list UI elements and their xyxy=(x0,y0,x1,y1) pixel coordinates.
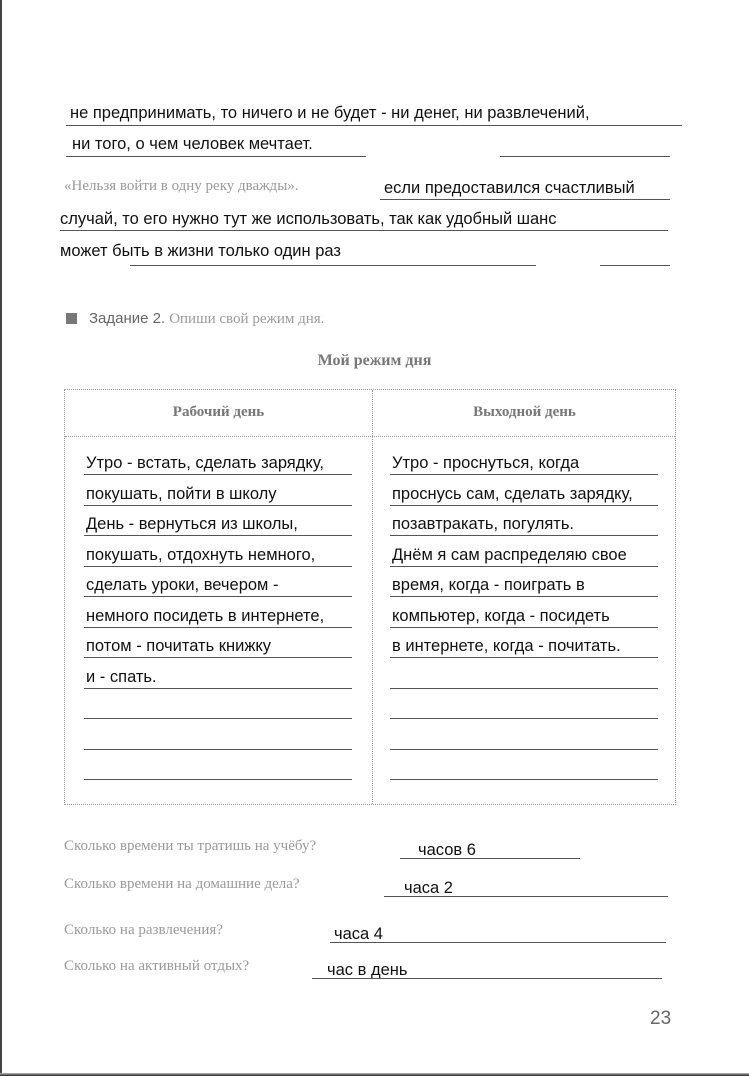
scan-left-edge xyxy=(0,0,2,1076)
column-divider xyxy=(372,390,373,804)
answer-underline xyxy=(390,657,658,658)
square-bullet-icon xyxy=(66,313,77,324)
schedule-line: и - спать. xyxy=(86,668,157,687)
answer-underline xyxy=(84,596,352,597)
answer-underline xyxy=(390,474,658,475)
task-2-header: Задание 2.Опиши свой режим дня. xyxy=(66,310,324,328)
schedule-line: сделать уроки, вечером - xyxy=(86,576,278,595)
answer-underline xyxy=(390,627,658,628)
question-text: Сколько времени ты тратишь на учёбу? xyxy=(64,838,316,855)
answer-underline xyxy=(84,688,352,689)
column-header-workday: Рабочий день xyxy=(65,404,372,421)
question-text: Сколько на активный отдых? xyxy=(64,958,249,975)
answer-underline xyxy=(390,566,658,567)
answer-underline xyxy=(84,627,352,628)
schedule-line: немного посидеть в интернете, xyxy=(86,607,324,626)
intro-answer-line: не предпринимать, то ничего и не будет -… xyxy=(70,104,590,123)
table-title: Мой режим дня xyxy=(0,352,749,370)
answer-underline xyxy=(380,199,670,200)
schedule-line: покушать, пойти в школу xyxy=(86,485,277,504)
proverb-quote: «Нельзя войти в одну реку дважды». xyxy=(64,178,299,195)
question-text: Сколько на развлечения? xyxy=(64,922,223,939)
schedule-line: День - вернуться из школы, xyxy=(86,515,298,534)
schedule-line: потом - почитать книжку xyxy=(86,637,271,656)
answer-underline xyxy=(84,474,352,475)
schedule-line: Утро - проснуться, когда xyxy=(392,454,579,473)
answer-underline xyxy=(84,566,352,567)
answer-underline xyxy=(390,749,658,750)
answer-underline xyxy=(84,535,352,536)
schedule-line: Днём я сам распределяю свое xyxy=(392,546,627,565)
answer-underline xyxy=(330,942,666,943)
answer-underline xyxy=(312,978,662,979)
answer-underline xyxy=(66,156,366,157)
answer-underline xyxy=(84,779,352,780)
answer-underline xyxy=(600,265,670,266)
answer-underline xyxy=(390,596,658,597)
answer-underline xyxy=(66,125,682,126)
schedule-line: в интернете, когда - почитать. xyxy=(392,637,621,656)
schedule-line: покушать, отдохнуть немного, xyxy=(86,546,315,565)
proverb-answer-line: случай, то его нужно тут же использовать… xyxy=(60,210,557,229)
schedule-line: Утро - встать, сделать зарядку, xyxy=(86,454,324,473)
answer-underline xyxy=(384,896,668,897)
answer-underline xyxy=(84,718,352,719)
intro-answer-line: ни того, о чем человек мечтает. xyxy=(72,135,313,154)
task-label: Задание 2. xyxy=(89,310,165,327)
answer-underline xyxy=(84,505,352,506)
answer-underline xyxy=(390,505,658,506)
question-text: Сколько времени на домашние дела? xyxy=(64,876,300,893)
proverb-answer-line: если предоставился счастливый xyxy=(384,179,635,198)
column-header-weekend: Выходной день xyxy=(372,404,677,421)
answer-underline xyxy=(84,657,352,658)
task-instruction: Опиши свой режим дня. xyxy=(169,311,324,327)
header-divider xyxy=(65,436,675,437)
answer-underline xyxy=(390,688,658,689)
schedule-line: позавтракать, погулять. xyxy=(392,515,574,534)
answer-underline xyxy=(60,230,668,231)
answer-underline xyxy=(130,265,536,266)
answer-underline xyxy=(400,858,580,859)
answer-underline xyxy=(390,535,658,536)
schedule-line: проснусь сам, сделать зарядку, xyxy=(392,485,633,504)
schedule-line: компьютер, когда - посидеть xyxy=(392,607,610,626)
answer-underline xyxy=(390,718,658,719)
schedule-table: Рабочий день Выходной день xyxy=(64,389,676,805)
answer-underline xyxy=(500,156,670,157)
answer-underline xyxy=(84,749,352,750)
answer-underline xyxy=(390,779,658,780)
page-number: 23 xyxy=(650,1008,671,1030)
schedule-line: время, когда - поиграть в xyxy=(392,576,585,595)
proverb-answer-line: может быть в жизни только один раз xyxy=(60,242,341,261)
